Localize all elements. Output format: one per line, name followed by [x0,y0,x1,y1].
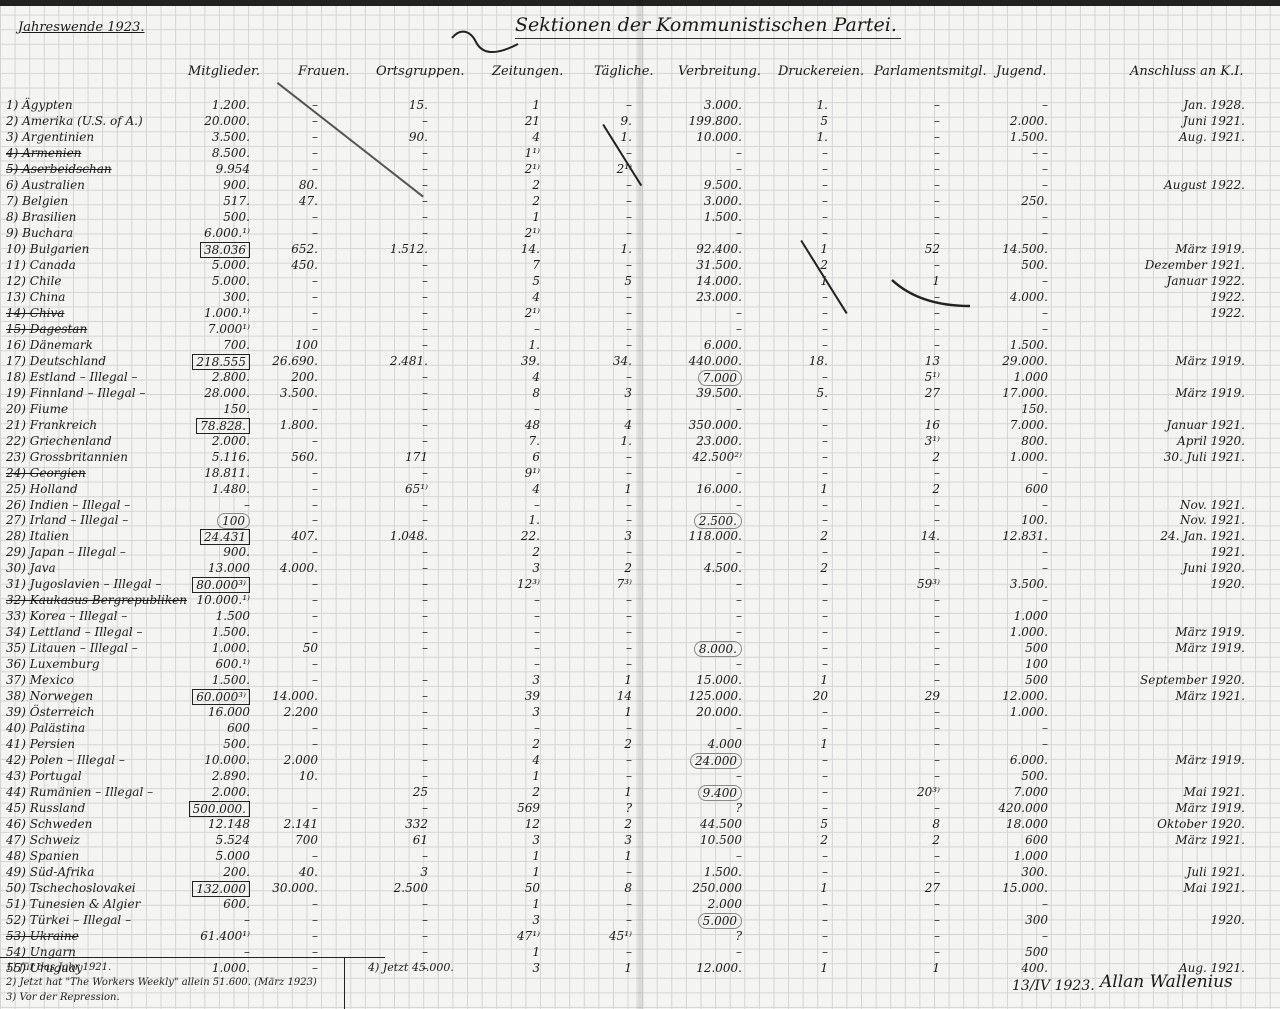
cell-parliament: – [934,593,940,607]
cell-circulation: 12.000. [696,961,742,975]
cell-newspapers: 1 [532,769,540,783]
cell-joined: März 1919. [1175,801,1245,815]
cell-joined: August 1922. [1164,178,1245,192]
cell-youth: – [1042,737,1048,751]
cell-youth: 1.000. [1010,705,1048,719]
cell-local-groups: 65¹⁾ [405,482,428,496]
cell-women: 30.000. [272,881,318,895]
cell-members: 517. [223,194,250,208]
cell-newspapers: – [534,322,540,336]
cell-daily: 14 [617,689,632,703]
cell-printing: 1. [817,130,828,144]
cell-youth: 500. [1021,769,1048,783]
cell-parliament: – [934,545,940,559]
cell-youth: – – [1032,146,1048,160]
cell-youth: 800. [1021,434,1048,448]
cell-printing: – [822,577,828,591]
cell-parliament: – [934,162,940,176]
cell-newspapers: 2 [532,178,540,192]
cell-newspapers: 2 [532,194,540,208]
cell-local-groups: 3 [420,865,428,879]
cell-local-groups: – [422,210,428,224]
cell-members: 1.200. [212,98,250,112]
cell-circulation: – [736,146,742,160]
cell-joined: März 1919. [1175,753,1245,767]
cell-women: 2.000 [284,753,318,767]
cell-members: 10.000.¹⁾ [196,593,250,607]
country-name: 50) Tschechoslovakei [6,881,176,895]
cell-parliament: – [934,753,940,767]
cell-local-groups: – [422,801,428,815]
cell-parliament: 2 [932,482,940,496]
pencil-curve-mark [890,276,980,316]
country-name: 46) Schweden [6,817,176,831]
cell-circulation: – [736,849,742,863]
country-name: 12) Chile [6,274,176,288]
cell-parliament: – [934,130,940,144]
cell-joined: 1922. [1211,306,1245,320]
cell-youth: 250. [1021,194,1048,208]
cell-joined: April 1920. [1177,434,1245,448]
country-name: 22) Griechenland [6,434,176,448]
cell-members: 61.400¹⁾ [200,929,250,943]
cell-circulation: – [736,545,742,559]
cell-local-groups: – [422,929,428,943]
cell-printing: 1 [820,961,828,975]
cell-joined: März 1921. [1175,689,1245,703]
cell-members: 2.890. [212,769,250,783]
country-name: 34) Lettland – Illegal – [6,625,176,639]
country-name: 14) Chiva [6,306,176,320]
cell-youth: 500. [1021,258,1048,272]
cell-circulation: 1.500. [704,210,742,224]
cell-parliament: 3¹⁾ [925,434,940,448]
cell-youth: – [1042,545,1048,559]
cell-youth: 1.500. [1010,130,1048,144]
cell-daily: – [626,306,632,320]
cell-youth: 2.000. [1010,114,1048,128]
cell-daily: – [626,769,632,783]
cell-printing: – [822,913,828,927]
cell-newspapers: 3 [532,705,540,719]
cell-parliament: – [934,226,940,240]
cell-daily: 1. [621,434,632,448]
cell-women: 2.141 [284,817,318,831]
cell-printing: – [822,705,828,719]
cell-joined: März 1921. [1175,833,1245,847]
cell-parliament: 8 [932,817,940,831]
country-name: 35) Litauen – Illegal – [6,641,176,655]
country-name: 31) Jugoslavien – Illegal – [6,577,176,591]
cell-newspapers: 1 [532,98,540,112]
cell-women: – [312,498,318,512]
cell-local-groups: 25 [413,785,428,799]
cell-women: – [312,721,318,735]
cell-newspapers: – [534,498,540,512]
cell-joined: Januar 1922. [1167,274,1245,288]
cell-members: 6.000.¹⁾ [204,226,250,240]
cell-newspapers: 3 [532,561,540,575]
cell-local-groups: – [422,466,428,480]
cell-printing: – [822,146,828,160]
cell-joined: März 1919. [1175,354,1245,368]
cell-newspapers: 3 [532,913,540,927]
cell-women: – [312,577,318,591]
cell-circulation: – [736,466,742,480]
column-header: Ortsgruppen. [376,64,465,79]
cell-daily: 2 [624,561,632,575]
cell-members: 200. [223,865,250,879]
cell-youth: 100 [1025,657,1048,671]
cell-local-groups: – [422,625,428,639]
cell-circulation: 20.000. [696,705,742,719]
cell-newspapers: – [534,641,540,655]
cell-women: – [312,434,318,448]
cell-joined: Mai 1921. [1184,881,1245,895]
cell-parliament: – [934,338,940,352]
column-header: Verbreitung. [678,64,761,79]
cell-joined: Nov. 1921. [1180,513,1245,527]
cell-youth: 400. [1021,961,1048,975]
country-name: 36) Luxemburg [6,657,176,671]
cell-circulation: 2.000 [708,897,742,911]
document-title: Sektionen der Kommunistischen Partei. [515,14,901,39]
cell-circulation: 44.500 [700,817,742,831]
cell-members: 2.800. [212,370,250,384]
cell-parliament: – [934,625,940,639]
cell-women: 26.690. [272,354,318,368]
cell-newspapers: 2 [532,737,540,751]
cell-newspapers: 3 [532,673,540,687]
cell-printing: 5 [820,114,828,128]
cell-youth: 500 [1025,673,1048,687]
cell-newspapers: 14. [521,242,540,256]
cell-printing: – [822,178,828,192]
cell-newspapers: 7. [529,434,540,448]
cell-youth: 150. [1021,402,1048,416]
cell-members: 5.000 [216,849,250,863]
cell-members: 700. [223,338,250,352]
country-name: 18) Estland – Illegal – [6,370,176,384]
cell-members: 300. [223,290,250,304]
cell-daily: – [626,450,632,464]
cell-women: 200. [291,370,318,384]
cell-joined: März 1919. [1175,625,1245,639]
cell-youth: – [1042,498,1048,512]
cell-local-groups: – [422,434,428,448]
cell-circulation: 15.000. [696,673,742,687]
cell-youth: 1.000. [1010,625,1048,639]
cell-printing: 2 [820,258,828,272]
cell-youth: 500 [1025,641,1048,655]
cell-newspapers: 50 [525,881,540,895]
cell-printing: – [822,849,828,863]
cell-circulation: – [736,402,742,416]
cell-printing: – [822,194,828,208]
cell-parliament: – [934,865,940,879]
cell-printing: – [822,545,828,559]
cell-printing: – [822,402,828,416]
footnote-3: 3) Vor der Repression. [6,990,344,1005]
cell-women: – [312,657,318,671]
country-name: 6) Australien [6,178,176,192]
cell-circulation: 3.000. [704,194,742,208]
cell-youth: – [1042,306,1048,320]
cell-youth: – [1042,226,1048,240]
country-name: 17) Deutschland [6,354,176,368]
cell-daily: 1. [621,130,632,144]
cell-youth: 12.000. [1002,689,1048,703]
cell-local-groups: – [422,737,428,751]
cell-printing: – [822,162,828,176]
cell-printing: – [822,929,828,943]
cell-circulation: – [736,721,742,735]
cell-local-groups: – [422,226,428,240]
cell-local-groups: – [422,593,428,607]
cell-daily: – [626,657,632,671]
cell-joined: 1920. [1211,913,1245,927]
country-name: 28) Italien [6,529,176,543]
cell-daily: – [626,146,632,160]
cell-printing: – [822,290,828,304]
cell-parliament: – [934,513,940,527]
cell-youth: 300 [1025,913,1048,927]
cell-daily: 2 [624,737,632,751]
cell-daily: 1 [624,482,632,496]
cell-members: 7.000¹⁾ [208,322,250,336]
cell-women: 50 [303,641,318,655]
cell-printing: 5 [820,817,828,831]
cell-youth: 15.000. [1002,881,1048,895]
cell-printing: – [822,513,828,527]
cell-youth: – [1042,929,1048,943]
cell-parliament: – [934,737,940,751]
cell-members: 5.116. [212,450,250,464]
cell-newspapers: 9¹⁾ [525,466,540,480]
cell-members: 12.148 [208,817,250,831]
cell-parliament: – [934,769,940,783]
cell-circulation: – [736,322,742,336]
cell-parliament: – [934,146,940,160]
cell-members: 8.500. [212,146,250,160]
cell-youth: 500 [1025,945,1048,959]
cell-printing: – [822,897,828,911]
cell-daily: 5 [624,274,632,288]
cell-local-groups: 1.512. [390,242,428,256]
cell-members: 5.524 [216,833,250,847]
cell-newspapers: 21 [525,114,540,128]
country-name: 41) Persien [6,737,176,751]
cell-newspapers: 7 [532,258,540,272]
cell-local-groups: 332 [405,817,428,831]
cell-women: – [312,274,318,288]
cell-daily: 3 [624,529,632,543]
cell-local-groups: – [422,274,428,288]
cell-newspapers: 3 [532,833,540,847]
cell-women: 560. [291,450,318,464]
cell-local-groups: – [422,769,428,783]
cell-newspapers: 2 [532,545,540,559]
cell-parliament: – [934,210,940,224]
cell-printing: – [822,657,828,671]
cell-daily: 2 [624,817,632,831]
cell-daily: – [626,545,632,559]
cell-women: 2.200 [284,705,318,719]
cell-youth: – [1042,162,1048,176]
cell-local-groups: – [422,402,428,416]
cell-youth: 420.000 [998,801,1048,815]
cell-parliament: 13 [925,354,940,368]
cell-newspapers: 5 [532,274,540,288]
signature: Allan Wallenius [1100,972,1233,992]
country-name: 3) Argentinien [6,130,176,144]
cell-women: – [312,625,318,639]
cell-daily: – [626,641,632,655]
cell-circulation: 92.400. [696,242,742,256]
cell-newspapers: 8 [532,386,540,400]
cell-youth: 600 [1025,482,1048,496]
cell-printing: 1 [820,737,828,751]
cell-circulation: 440.000. [689,354,742,368]
cell-circulation: – [736,306,742,320]
cell-daily: 1 [624,673,632,687]
cell-printing: – [822,801,828,815]
cell-women: – [312,322,318,336]
cell-youth: 1.000 [1014,609,1048,623]
cell-newspapers: 1 [532,849,540,863]
cell-youth: 18.000 [1006,817,1048,831]
footnote-1: 1) für das Jahr 1921. [6,960,344,975]
cell-daily: – [626,194,632,208]
cell-circulation: 42.500²⁾ [692,450,742,464]
cell-parliament: – [934,945,940,959]
cell-daily: 1 [624,705,632,719]
cell-circulation: 3.000. [704,98,742,112]
cell-women: 80. [299,178,318,192]
cell-printing: – [822,498,828,512]
cell-members: 2.000. [212,434,250,448]
cell-youth: 7.000 [1014,785,1048,799]
cell-women: – [312,737,318,751]
cell-youth: – [1042,322,1048,336]
cell-joined: 1921. [1211,545,1245,559]
cell-youth: 7.000. [1010,418,1048,432]
cell-circulation: 10.000. [696,130,742,144]
footnote-divider [345,957,385,958]
cell-daily: – [626,402,632,416]
cell-daily: 1 [624,849,632,863]
column-header: Zeitungen. [492,64,563,79]
cell-newspapers: 48 [525,418,540,432]
cell-printing: 18. [809,354,828,368]
cell-daily: – [626,338,632,352]
cell-members: 900. [223,545,250,559]
cell-circulation: 199.800. [689,114,742,128]
cell-parliament: 1 [932,961,940,975]
cell-newspapers: 1. [529,513,540,527]
cell-circulation: 350.000. [689,418,742,432]
cell-youth: 12.831. [1002,529,1048,543]
country-name: 16) Dänemark [6,338,176,352]
cell-newspapers: 47¹⁾ [517,929,540,943]
cell-local-groups: – [422,641,428,655]
cell-circulation: 16.000. [696,482,742,496]
cell-joined: September 1920. [1140,673,1245,687]
cell-youth: 100. [1021,513,1048,527]
country-name: 51) Tunesien & Algier [6,897,176,911]
cell-daily: – [626,498,632,512]
cell-daily: – [626,210,632,224]
cell-local-groups: – [422,418,428,432]
cell-circulation: – [736,577,742,591]
cell-women: – [312,162,318,176]
cell-members: 1.000. [212,641,250,655]
cell-printing: – [822,641,828,655]
cell-daily: – [626,290,632,304]
cell-printing: – [822,322,828,336]
cell-newspapers: 4 [532,370,540,384]
cell-parliament: 16 [925,418,940,432]
country-name: 4) Armenien [6,146,176,160]
cell-parliament: – [934,561,940,575]
cell-joined: Juni 1920. [1183,561,1245,575]
cell-parliament: – [934,98,940,112]
cell-circulation: 23.000. [696,434,742,448]
cell-women: 407. [291,529,318,543]
cell-local-groups: – [422,338,428,352]
cell-circulation: 23.000. [696,290,742,304]
footnote-4: 4) Jetzt 45.000. [368,961,454,974]
cell-local-groups: – [422,705,428,719]
column-header: Mitglieder. [188,64,260,79]
cell-newspapers: 2¹⁾ [525,162,540,176]
cell-printing: 2 [820,561,828,575]
cell-women: – [312,913,318,927]
cell-joined: Nov. 1921. [1180,498,1245,512]
cell-local-groups: – [422,513,428,527]
column-header: Druckereien. [778,64,864,79]
cell-women: 10. [299,769,318,783]
country-name: 7) Belgien [6,194,176,208]
cell-parliament: – [934,913,940,927]
country-name: 40) Palästina [6,721,176,735]
cell-daily: 4 [624,418,632,432]
cell-daily: – [626,322,632,336]
cell-joined: 1922. [1211,290,1245,304]
cell-daily: – [626,945,632,959]
cell-daily: 3 [624,386,632,400]
cell-women: 450. [291,258,318,272]
cell-circulation: – [736,498,742,512]
cell-daily: – [626,913,632,927]
cell-circulation: – [736,593,742,607]
cell-printing: – [822,434,828,448]
country-name: 38) Norwegen [6,689,176,703]
cell-daily: 7³⁾ [617,577,632,591]
cell-members: 9.954 [216,162,250,176]
cell-local-groups: 61 [413,833,428,847]
cell-newspapers: 39. [521,354,540,368]
cell-circulation: 14.000. [696,274,742,288]
cell-printing: – [822,418,828,432]
cell-parliament: – [934,929,940,943]
cell-local-groups: – [422,753,428,767]
cell-parliament: 2 [932,450,940,464]
cell-members: 18.811. [204,466,250,480]
cell-local-groups: – [422,370,428,384]
cell-parliament: – [934,673,940,687]
cell-parliament: 27 [925,386,940,400]
